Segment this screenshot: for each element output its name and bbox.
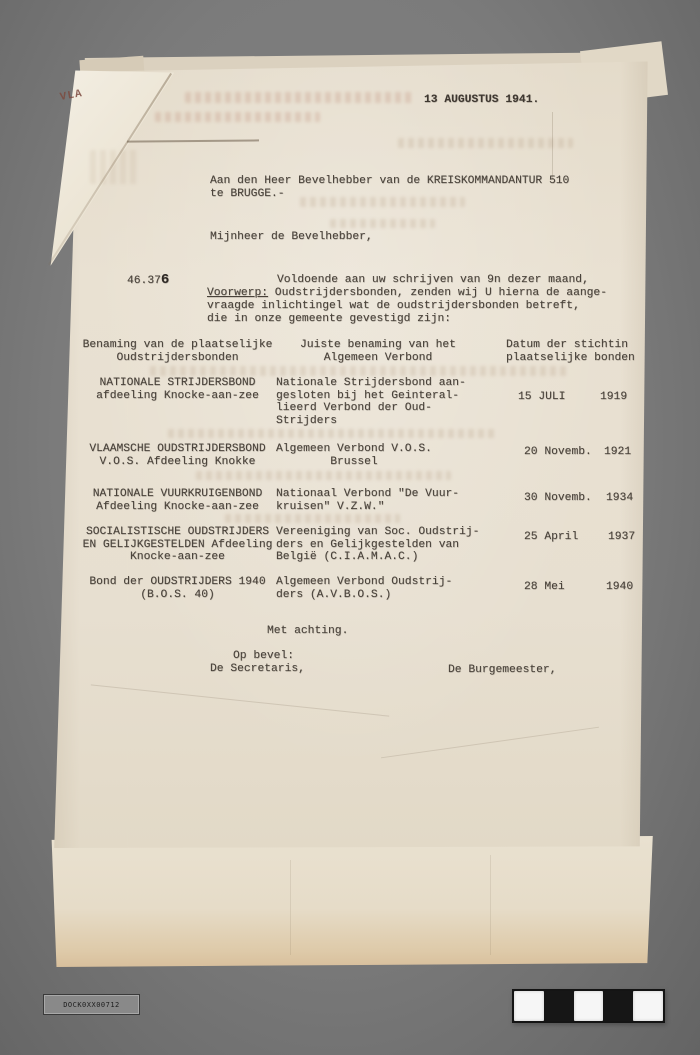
table-row-local-name: NATIONALE VUURKRUIGENBOND Afdeeling Knoc… — [70, 488, 285, 513]
scale-bar-segment — [514, 991, 544, 1021]
table-header-local-bond: Benaming van de plaatselijke Oudstrijder… — [70, 339, 285, 364]
letter-date: 13 AUGUSTUS 1941. — [424, 94, 539, 107]
scale-bar-segment — [633, 991, 663, 1021]
table-row-local-name: VLAAMSCHE OUDSTRIJDERSBOND V.O.S. Afdeel… — [70, 443, 285, 468]
bleedthrough-smudge — [150, 366, 570, 376]
bleedthrough-smudge — [155, 112, 320, 122]
table-row-federation: Vereeniging van Soc. Oudstrij- ders en G… — [276, 526, 479, 564]
bottom-sheet — [48, 836, 654, 967]
bleedthrough-smudge — [168, 429, 498, 438]
recipient-line-2: te BRUGGE.- — [210, 188, 285, 201]
table-row-local-name: SOCIALISTISCHE OUDSTRIJDERS EN GELIJKGES… — [70, 526, 285, 564]
body-line-1: Voldoende aan uw schrijven van 9n dezer … — [277, 274, 589, 287]
table-row-date-day: 25 April — [524, 531, 578, 544]
salutation: Mijnheer de Bevelhebber, — [210, 231, 373, 244]
table-row-federation: Algemeen Verbond V.O.S. Brussel — [276, 443, 432, 468]
paper-crease — [552, 112, 553, 180]
body-line-4: die in onze gemeente gevestigd zijn: — [207, 313, 451, 326]
body-line-3: vraagde inlichtingel wat de oudstrijders… — [207, 300, 580, 313]
scale-bar-segment — [574, 991, 604, 1021]
scale-bar-segment — [544, 991, 574, 1021]
paper-crease — [490, 855, 491, 955]
bleedthrough-smudge — [196, 471, 451, 480]
closing-mayor: De Burgemeester, — [448, 664, 556, 677]
table-row-date-year: 1940 — [606, 581, 633, 594]
table-row-federation: Nationale Strijdersbond aan- gesloten bi… — [276, 377, 466, 427]
table-row-local-name: NATIONALE STRIJDERSBOND afdeeling Knocke… — [70, 377, 285, 402]
table-header-federation: Juiste benaming van het Algemeen Verbond — [276, 339, 480, 364]
scanned-document-stage: VLA 13 AUGUSTUS 1941. Aan den Heer Bevel… — [0, 0, 700, 1055]
table-row-date-day: 30 Novemb. — [524, 492, 592, 505]
closing-regards: Met achting. — [267, 625, 348, 638]
body-line-2-rest: Oudstrijdersbonden, zenden wij U hierna … — [268, 287, 607, 299]
reference-number-typed: 46.37 — [127, 275, 161, 287]
bleedthrough-smudge — [398, 138, 573, 148]
body-line-2: Voorwerp: Oudstrijdersbonden, zenden wij… — [207, 287, 607, 300]
bleedthrough-smudge — [330, 219, 435, 228]
table-row-date-day: 15 JULI — [518, 391, 565, 404]
recipient-line-1: Aan den Heer Bevelhebber van de KREISKOM… — [210, 175, 569, 188]
bleedthrough-smudge — [185, 92, 415, 103]
bleedthrough-smudge — [300, 197, 465, 207]
scale-bar-segment — [603, 991, 633, 1021]
table-row-date-day: 28 Mei — [524, 581, 565, 594]
table-header-founding-date: Datum der stichtin plaatselijke bonden — [506, 339, 635, 364]
table-row-federation: Algemeen Verbond Oudstrij- ders (A.V.B.O… — [276, 576, 452, 601]
bleedthrough-smudge — [90, 150, 140, 184]
table-row-date-year: 1921 — [604, 446, 631, 459]
closing-by-order: Op bevel: — [233, 650, 294, 663]
paper-crease — [290, 860, 291, 955]
table-row-date-year: 1937 — [608, 531, 635, 544]
bleedthrough-smudge — [225, 514, 400, 523]
closing-secretary: De Secretaris, — [210, 663, 305, 676]
table-row-date-day: 20 Novemb. — [524, 446, 592, 459]
photo-scale-bar-icon — [512, 989, 665, 1023]
reference-number-handwritten: 6 — [161, 272, 169, 288]
subject-label: Voorwerp: — [207, 287, 268, 299]
table-row-date-year: 1934 — [606, 492, 633, 505]
reference-number: 46.376 — [127, 274, 169, 288]
table-row-local-name: Bond der OUDSTRIJDERS 1940 (B.O.S. 40) — [70, 576, 285, 601]
table-row-federation: Nationaal Verbond "De Vuur- kruisen" V.Z… — [276, 488, 459, 513]
catalog-label: DOCK0XX00712 — [43, 994, 140, 1015]
table-row-date-year: 1919 — [600, 391, 627, 404]
